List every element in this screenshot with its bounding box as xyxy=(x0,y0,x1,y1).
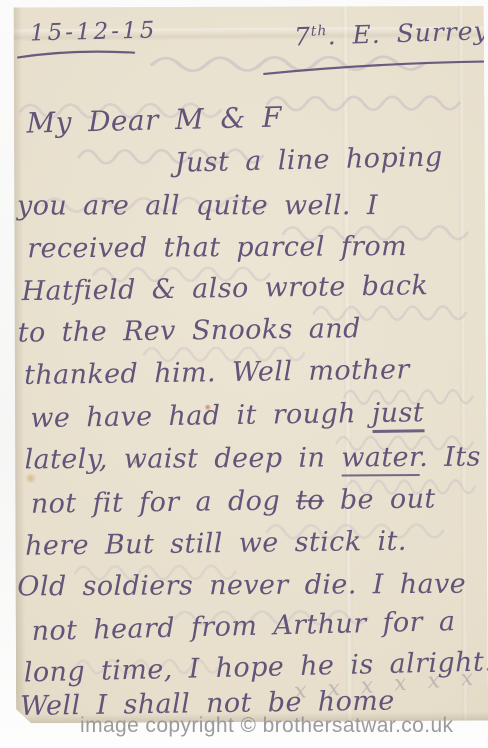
letter-line: Old soldiers never die. I have xyxy=(17,571,466,601)
struck-word: to xyxy=(296,485,324,516)
regiment-ordinal: th xyxy=(311,23,328,40)
regiment-name: . E. Surreys xyxy=(327,16,488,51)
salutation: My Dear M & F xyxy=(26,104,282,138)
letter-line-text: . Its xyxy=(419,442,481,473)
regiment-number: 7 xyxy=(294,22,312,52)
letter-line: thanked him. Well mother xyxy=(24,356,410,389)
letter-line: lately, waist deep in water. Its xyxy=(24,444,480,474)
letter-line-text: not fit for a dog xyxy=(31,485,297,519)
letter-line-text: be out xyxy=(324,483,436,515)
letter-line: Hatfield & also wrote back xyxy=(21,272,428,305)
letter-line: received that parcel from xyxy=(27,233,407,262)
underlined-word: water xyxy=(341,442,419,476)
letter-paper: 15-12-15 7th. E. Surreys My Dear M & F J… xyxy=(12,5,488,724)
regiment-header: 7th. E. Surreys xyxy=(294,18,488,50)
copyright-watermark: image copyright © brothersatwar.co.uk xyxy=(80,714,453,738)
letter-line: Just a line hoping xyxy=(174,143,442,176)
underlined-word: just xyxy=(372,397,425,433)
letter-line: here But still we stick it. xyxy=(25,528,407,560)
letter-line: to the Rev Snooks and xyxy=(18,315,361,346)
letter-line-text: we have had it rough xyxy=(30,398,372,434)
letter-line: we have had it rough just xyxy=(30,399,424,432)
letter-date: 15-12-15 xyxy=(30,19,158,45)
letter-line: you are all quite well. I xyxy=(17,192,378,219)
scanned-letter-photo: 15-12-15 7th. E. Surreys My Dear M & F J… xyxy=(0,0,488,748)
letter-line: not fit for a dog to be out xyxy=(31,485,436,517)
letter-line-text: lately, waist deep in xyxy=(24,442,341,475)
